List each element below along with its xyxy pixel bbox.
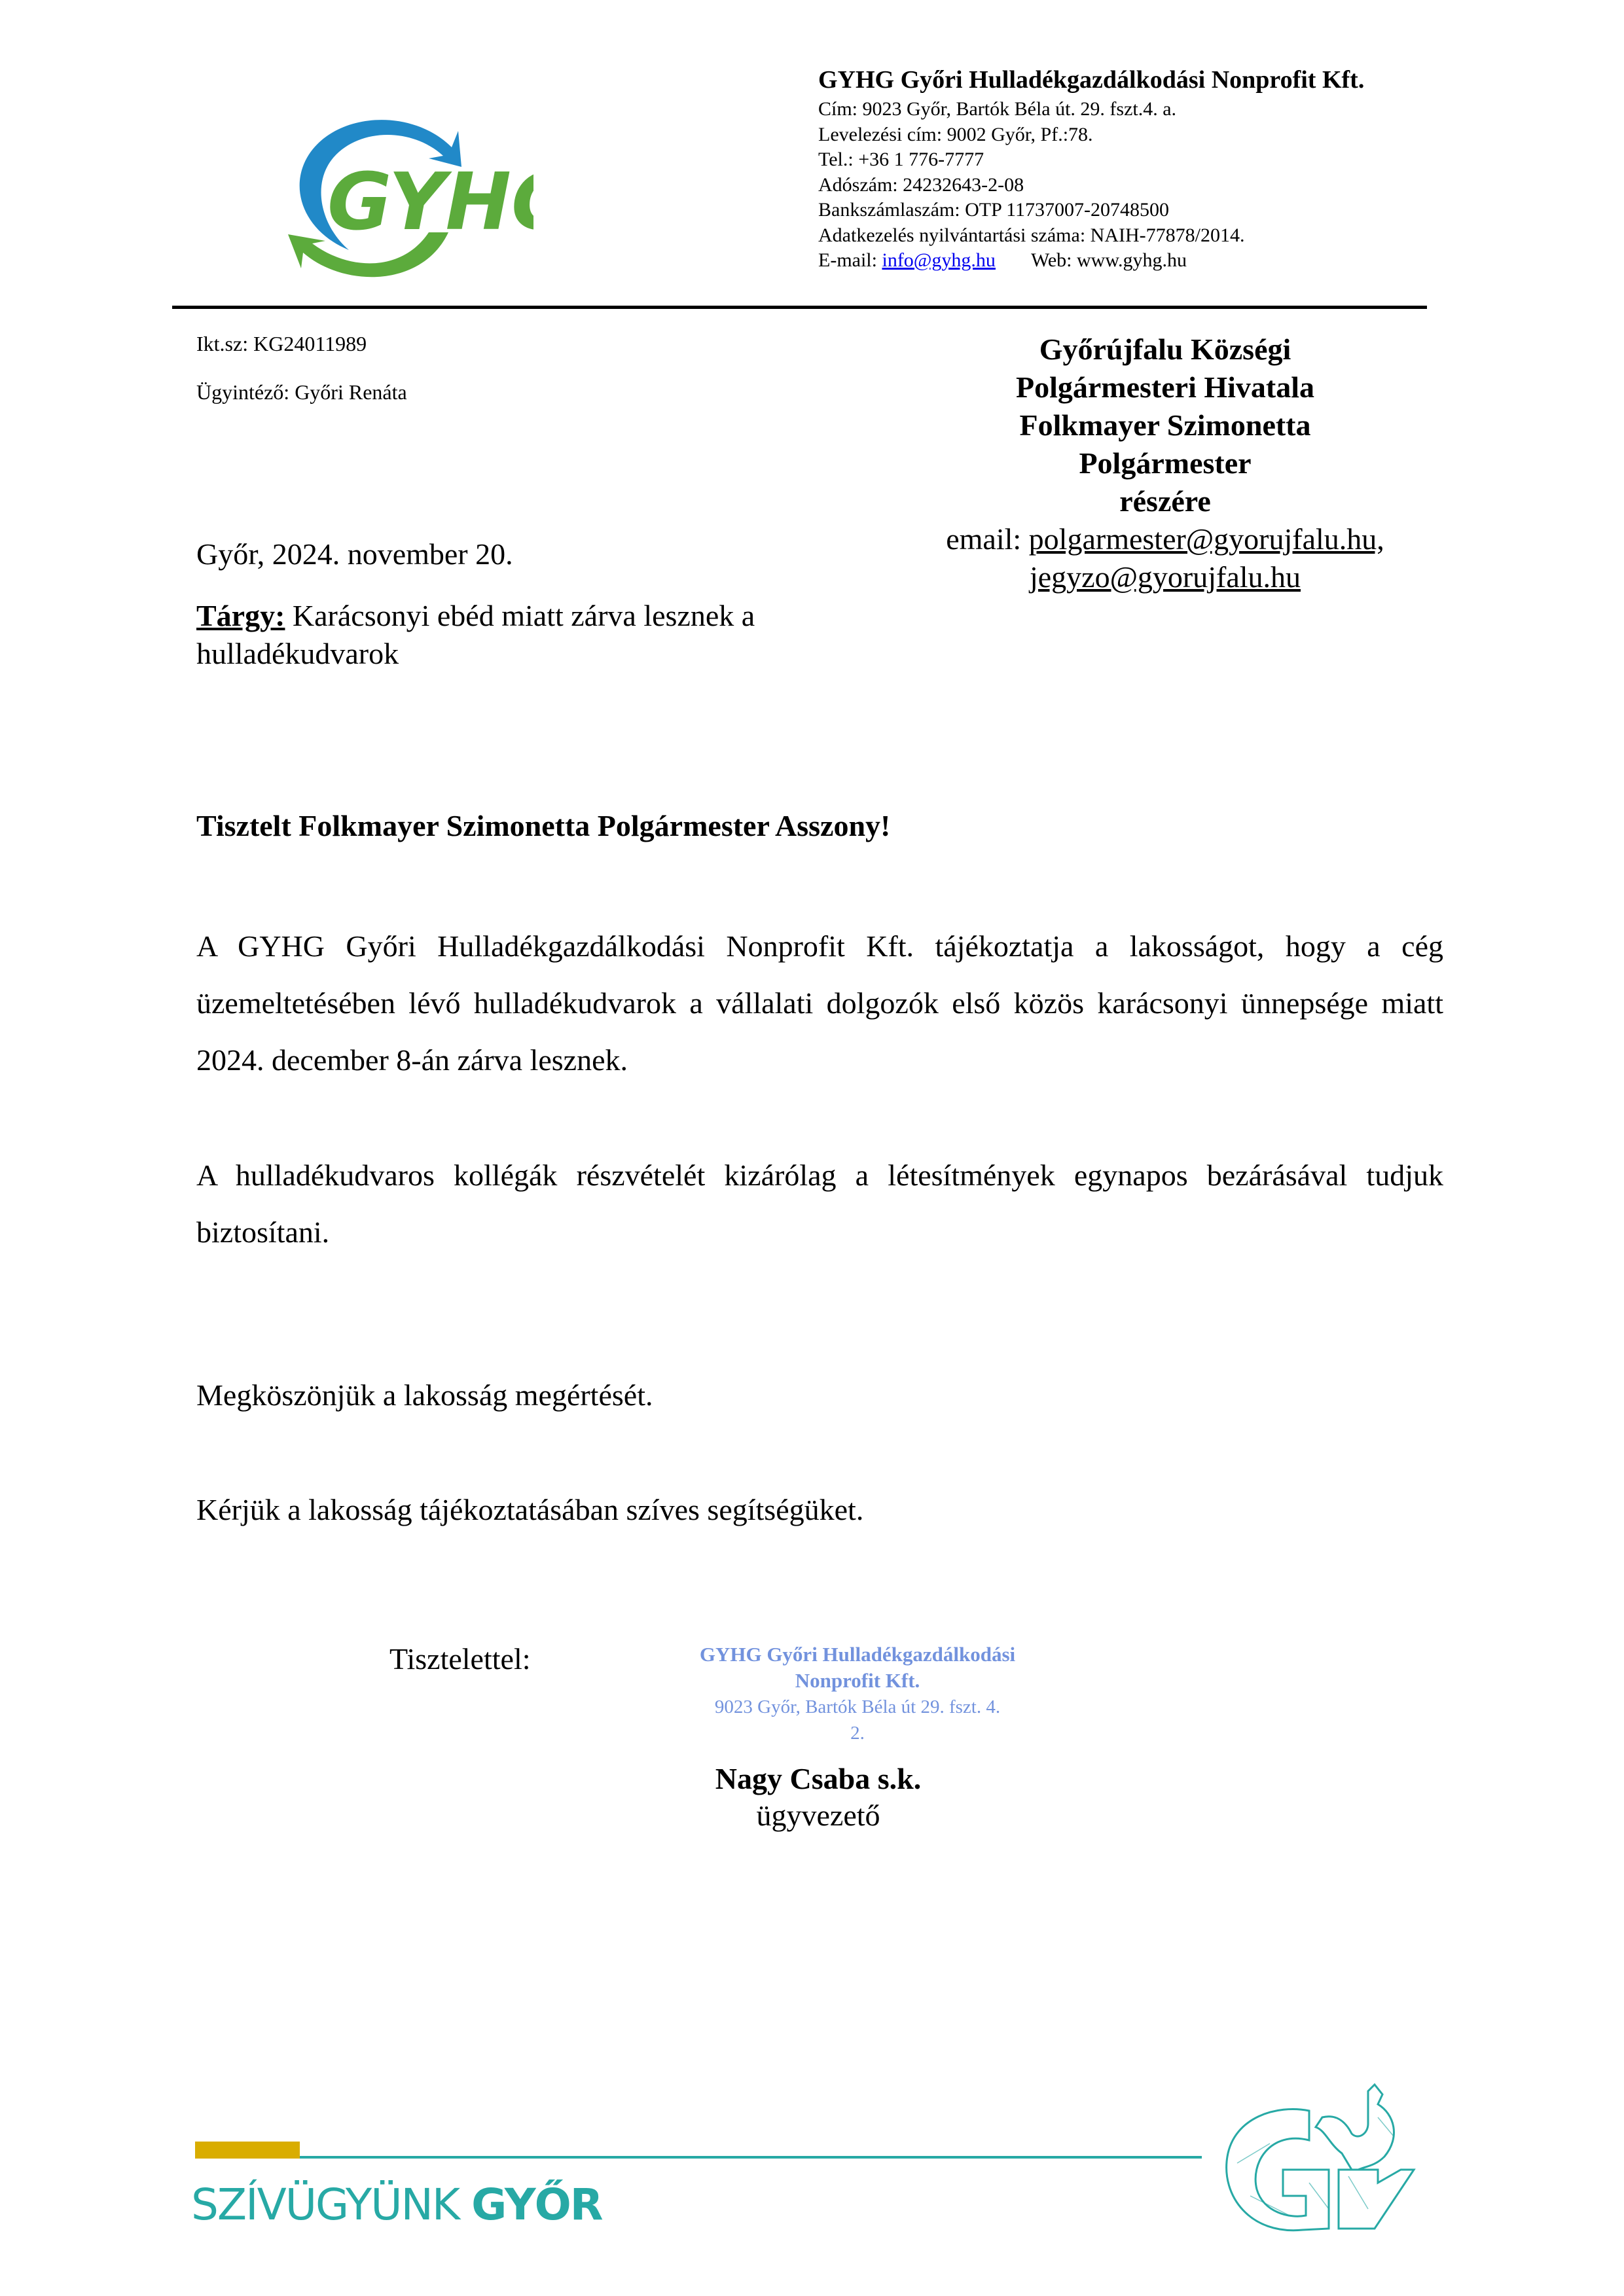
sender-phone: Tel.: +36 1 776-7777 xyxy=(818,147,1364,173)
reference-block: Ikt.sz: KG24011989 Ügyintéző: Győri Rená… xyxy=(196,331,407,405)
body-paragraph: A GYHG Győri Hulladékgazdálkodási Nonpro… xyxy=(196,918,1443,1088)
recipient-email-line-2: jegyzo@gyorujfalu.hu xyxy=(903,558,1427,596)
recipient-email-1-link[interactable]: polgarmester@gyorujfalu.hu, xyxy=(1029,522,1384,556)
recipient-email-label: email: xyxy=(946,522,1028,556)
signer-title: ügyvezető xyxy=(655,1797,982,1834)
sender-data-registry: Adatkezelés nyilvántartási száma: NAIH-7… xyxy=(818,223,1364,249)
subject-label: Tárgy: xyxy=(196,599,285,632)
sender-email-link[interactable]: info@gyhg.hu xyxy=(882,249,995,271)
rooster-g-icon xyxy=(1211,2078,1427,2255)
gyhg-logo: GYHG xyxy=(272,98,533,288)
recipient-line: Polgármesteri Hivatala xyxy=(903,368,1427,406)
recipient-line: Folkmayer Szimonetta xyxy=(903,406,1427,444)
stamp-line: Nonprofit Kft. xyxy=(655,1668,1060,1694)
file-number: Ikt.sz: KG24011989 xyxy=(196,331,407,357)
subject-line: Tárgy: Karácsonyi ebéd miatt zárva leszn… xyxy=(196,597,851,673)
recipient-line: Polgármester xyxy=(903,444,1427,482)
stamp-address: 9023 Győr, Bartók Béla út 29. fszt. 4. xyxy=(655,1694,1060,1720)
footer-slogan: SZÍVÜGYÜNK GYŐR xyxy=(191,2179,602,2230)
stamp-line: GYHG Győri Hulladékgazdálkodási xyxy=(655,1641,1060,1668)
recipient-block: Győrújfalu Községi Polgármesteri Hivatal… xyxy=(903,331,1427,596)
sender-name: GYHG Győri Hulladékgazdálkodási Nonprofi… xyxy=(818,65,1364,94)
recycle-arrows-icon: GYHG xyxy=(272,98,533,288)
clerk: Ügyintéző: Győri Renáta xyxy=(196,379,407,405)
sender-contact-line: E-mail: info@gyhg.huWeb: www.gyhg.hu xyxy=(818,248,1364,274)
svg-text:GYHG: GYHG xyxy=(327,157,533,248)
gyor-rooster-logo xyxy=(1211,2078,1427,2255)
slogan-regular: SZÍVÜGYÜNK xyxy=(191,2179,471,2230)
sender-bank-account: Bankszámlaszám: OTP 11737007-20748500 xyxy=(818,198,1364,223)
recipient-email-line: email: polgarmester@gyorujfalu.hu, xyxy=(903,520,1427,558)
letter-date: Győr, 2024. november 20. xyxy=(196,537,513,571)
sender-postal-address: Levelezési cím: 9002 Győr, Pf.:78. xyxy=(818,122,1364,148)
body-paragraph: Megköszönjük a lakosság megértését. xyxy=(196,1378,653,1412)
sender-address: Cím: 9023 Győr, Bartók Béla út. 29. fszt… xyxy=(818,97,1364,122)
salutation: Tisztelt Folkmayer Szimonetta Polgármest… xyxy=(196,808,890,843)
closing: Tisztelettel: xyxy=(389,1641,531,1676)
slogan-bold: GYŐR xyxy=(471,2179,602,2230)
sender-tax-number: Adószám: 24232643-2-08 xyxy=(818,173,1364,198)
recipient-line: részére xyxy=(903,482,1427,520)
body-paragraph: Kérjük a lakosság tájékoztatásában szíve… xyxy=(196,1492,863,1527)
footer-accent-bar xyxy=(195,2142,300,2159)
stamp-address: 2. xyxy=(655,1720,1060,1746)
recipient-email-2-link[interactable]: jegyzo@gyorujfalu.hu xyxy=(1030,560,1301,594)
sender-info: GYHG Győri Hulladékgazdálkodási Nonprofi… xyxy=(818,65,1364,274)
sender-web: Web: www.gyhg.hu xyxy=(1031,249,1187,271)
signature-block: Nagy Csaba s.k. ügyvezető xyxy=(655,1761,982,1834)
email-label: E-mail: xyxy=(818,249,882,271)
signer-name: Nagy Csaba s.k. xyxy=(655,1761,982,1797)
body-paragraph: A hulladékudvaros kollégák részvételét k… xyxy=(196,1147,1443,1261)
footer-divider xyxy=(300,2156,1202,2159)
recipient-line: Győrújfalu Községi xyxy=(903,331,1427,368)
company-stamp: GYHG Győri Hulladékgazdálkodási Nonprofi… xyxy=(655,1641,1060,1746)
header-divider xyxy=(172,306,1427,309)
